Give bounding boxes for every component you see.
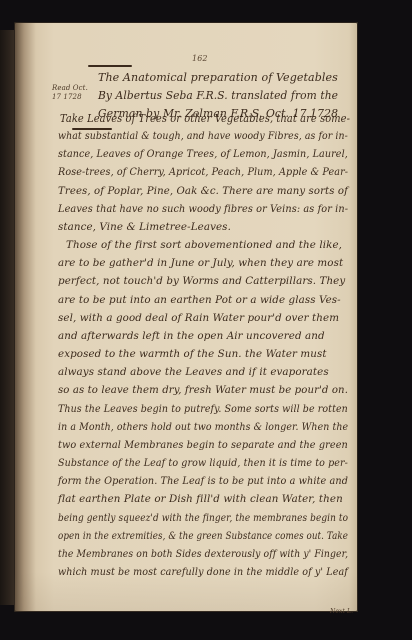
body-line: which must be most carefully done in the… — [58, 566, 348, 578]
body-line: two external Membranes begin to separate… — [58, 439, 348, 451]
body-line: form the Operation. The Leaf is to be pu… — [58, 475, 348, 487]
body-line: Take Leaves of Trees or other Vegetables… — [60, 112, 350, 125]
page-number: 162 — [192, 54, 208, 63]
body-line: are to be gather'd in June or July, when… — [58, 257, 343, 269]
body-line: Thus the Leaves begin to putrefy. Some s… — [58, 403, 348, 415]
body-line: flat earthen Plate or Dish fill'd with c… — [58, 493, 343, 505]
body-line: the Membranes on both Sides dexterously … — [58, 548, 348, 560]
body-line: exposed to the warmth of the Sun. the Wa… — [58, 348, 327, 360]
margin-note: Read Oct. 17 1728 — [52, 84, 88, 102]
body-line: Substance of the Leaf to grow liquid, th… — [58, 457, 348, 469]
manuscript-page: 162 Read Oct. 17 1728 The Anatomical pre… — [14, 22, 358, 612]
body-line: what substantial & tough, and have woody… — [58, 130, 348, 142]
body-line: in a Month, others hold out two months &… — [58, 421, 348, 433]
body-line: Rose-trees, of Cherry, Apricot, Peach, P… — [58, 166, 348, 178]
body-line: stance, Leaves of Orange Trees, of Lemon… — [58, 148, 348, 160]
title-flourish — [88, 65, 132, 67]
body-line: always stand above the Leaves and if it … — [58, 366, 329, 378]
catchword: Next L. — [330, 608, 353, 615]
body-line: perfect, not touch'd by Worms and Catter… — [58, 275, 345, 287]
document-viewer: 162 Read Oct. 17 1728 The Anatomical pre… — [0, 0, 412, 640]
body-line: Leaves that have no such woody fibres or… — [58, 203, 348, 215]
title-line-1: The Anatomical preparation of Vegetables — [98, 70, 338, 84]
body-line: are to be put into an earthen Pot or a w… — [58, 294, 341, 306]
body-line: open in the extremities, & the green Sub… — [58, 530, 348, 542]
body-line: Trees, of Poplar, Pine, Oak &c. There ar… — [58, 185, 348, 197]
body-line: being gently squeez'd with the finger, t… — [58, 512, 348, 524]
body-line: sel, with a good deal of Rain Water pour… — [58, 312, 339, 324]
body-line: Those of the first sort abovementioned a… — [66, 239, 342, 251]
body-line: so as to leave them dry, fresh Water mus… — [58, 384, 348, 396]
body-line: and afterwards left in the open Air unco… — [58, 330, 325, 342]
body-line: stance, Vine & Limetree-Leaves. — [58, 221, 231, 233]
title-line-2: By Albertus Seba F.R.S. translated from … — [98, 88, 338, 102]
